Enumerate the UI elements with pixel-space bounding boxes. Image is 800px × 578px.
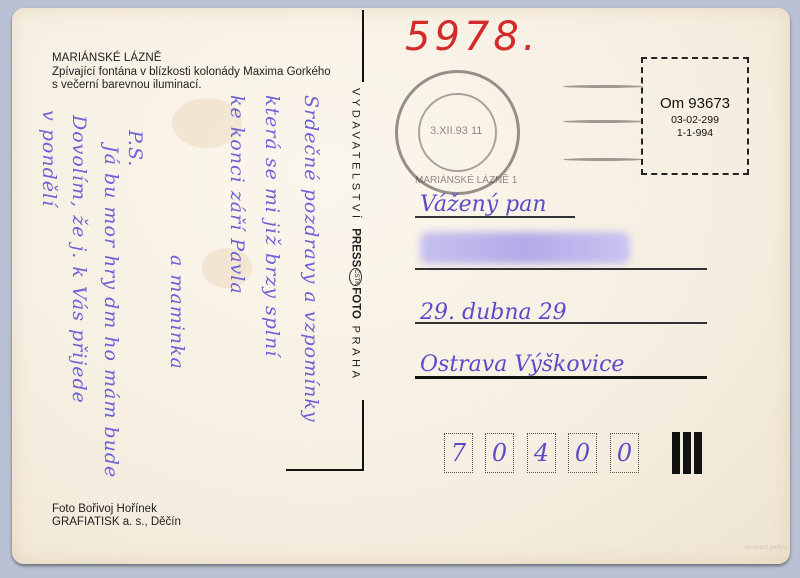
message-ps-line-1: Já bu mor hry dm ho mám bude [100,145,122,478]
address-line-2-redacted [420,232,630,264]
stamp-code: Om 93673 [643,95,747,112]
postal-code-digit: 0 [568,433,597,473]
address-line-1: Vážený pan [420,192,547,217]
postal-bar [694,432,702,474]
postal-code-digit: 0 [485,433,514,473]
divider-line-bottom [362,400,364,470]
address-line-4: Ostrava Výškovice [420,352,624,377]
message-ps-label: P.S. [124,130,146,167]
divider-line-top [362,10,364,82]
stamp-line-1: 03-02-299 [643,114,747,126]
message-line-3: ke konci září Pavla [226,95,248,295]
address-rule-bold [415,376,707,379]
postmark-wave [563,120,643,123]
caption-line-1: Zpívající fontána v blízkosti kolonády M… [52,66,331,79]
watermark: postcard gallery [745,545,787,551]
stamp-line-2: 1-1-994 [643,127,747,139]
photo-credit: Foto Bořivoj Hořínek [52,503,181,516]
stamp-box: Om 93673 03-02-299 1-1-994 [641,57,749,175]
postmark-wave [563,158,643,161]
message-line-2: která se mi již brzy splní [261,95,283,357]
message-ps-line-2: Dovolím, že j. k Vás přijede [68,115,90,404]
postmark-date: 3.XII.93 11 [430,125,482,137]
postal-code-digit: 0 [610,433,639,473]
postmark-wave [563,85,643,88]
message-line-1: Srdečné pozdravy a vzpomínky [300,95,322,423]
publisher-brand-foto: FOTO [350,287,362,319]
message-line-4: a maminka [166,255,188,370]
publisher-prefix: VYDAVATELSTVÍ [350,88,362,222]
printer-credit: GRAFIATISK a. s., Děčín [52,516,181,529]
credits: Foto Bořivoj Hořínek GRAFIATISK a. s., D… [52,503,181,529]
postal-code-digit: 4 [527,433,556,473]
postal-bar [683,432,691,474]
postal-bar [672,432,680,474]
address-rule [415,322,707,324]
caption-text: Zpívající fontána v blízkosti kolonády M… [52,66,331,92]
publisher-brand-press: PRESS [350,228,362,267]
caption-line-2: s večerní barevnou iluminací. [52,79,331,92]
postal-code-digit: 7 [444,433,473,473]
postmark-text: MARIÁNSKÉ LÁZNĚ 1 [415,175,517,186]
caption-title: MARIÁNSKÉ LÁZNĚ [52,52,162,64]
ctk-logo-icon: ČSTK [349,268,362,286]
message-ps-line-3: v pondělí [38,110,60,207]
divider-line-horizontal [286,469,364,471]
publisher-city: PRAHA [350,326,362,382]
address-rule [415,268,707,270]
address-rule [415,216,575,218]
reference-number: 5978. [405,14,540,60]
publisher-imprint: VYDAVATELSTVÍ PRESSČSTKFOTO PRAHA [344,88,364,398]
